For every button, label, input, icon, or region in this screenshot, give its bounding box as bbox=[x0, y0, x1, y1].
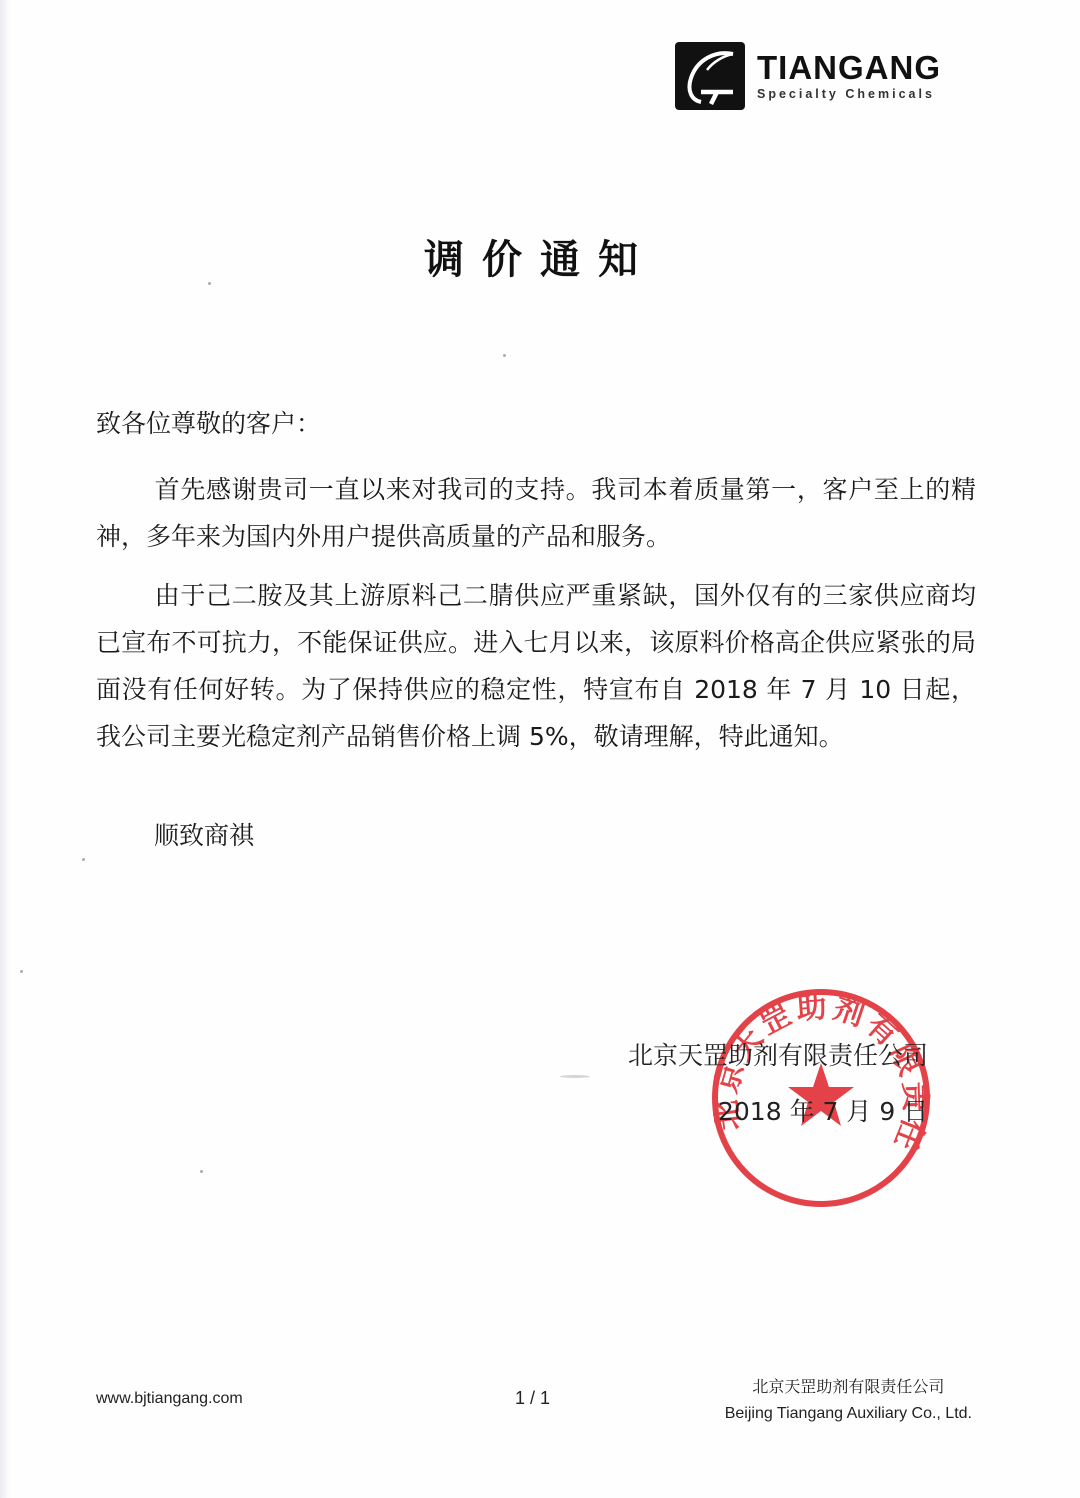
gt-swoosh-logo-icon bbox=[675, 42, 745, 110]
paragraph-1: 首先感谢贵司一直以来对我司的支持。我司本着质量第一，客户至上的精神，多年来为国内… bbox=[96, 466, 976, 560]
scan-speck bbox=[503, 354, 506, 357]
footer-company: 北京天罡助剂有限责任公司 Beijing Tiangang Auxiliary … bbox=[725, 1374, 972, 1423]
document-title: 调价通知 bbox=[0, 228, 1080, 285]
scan-speck bbox=[200, 1170, 203, 1173]
logo-name: TIANGANG bbox=[757, 51, 941, 85]
paragraph-2: 由于己二胺及其上游原料己二腈供应严重紧缺，国外仅有的三家供应商均已宣布不可抗力，… bbox=[96, 572, 976, 760]
logo-tagline: Specialty Chemicals bbox=[757, 87, 941, 101]
footer-page-number: 1 / 1 bbox=[515, 1388, 550, 1409]
paragraph-1-text: 首先感谢贵司一直以来对我司的支持。我司本着质量第一，客户至上的精神，多年来为国内… bbox=[96, 475, 976, 551]
paragraph-2-text: 由于己二胺及其上游原料己二腈供应严重紧缺，国外仅有的三家供应商均已宣布不可抗力，… bbox=[96, 581, 976, 751]
scan-speck bbox=[82, 858, 85, 861]
footer-website-link[interactable]: www.bjtiangang.com bbox=[96, 1390, 243, 1408]
signature-company: 北京天罡助剂有限责任公司 bbox=[628, 1036, 928, 1072]
scan-speck bbox=[208, 282, 211, 285]
footer-company-en: Beijing Tiangang Auxiliary Co., Ltd. bbox=[725, 1405, 972, 1423]
signature-date: 2018 年 7 月 9 日 bbox=[718, 1092, 928, 1128]
footer-company-cn: 北京天罡助剂有限责任公司 bbox=[725, 1374, 972, 1397]
closing-line: 顺致商祺 bbox=[154, 812, 254, 859]
document-page: TIANGANG Specialty Chemicals 调价通知 致各位尊敬的… bbox=[0, 0, 1080, 1498]
company-logo: TIANGANG Specialty Chemicals bbox=[675, 42, 941, 110]
scan-edge bbox=[0, 0, 10, 1498]
scan-speck bbox=[20, 970, 23, 973]
scan-smudge bbox=[560, 1075, 590, 1078]
salutation: 致各位尊敬的客户： bbox=[96, 400, 321, 447]
